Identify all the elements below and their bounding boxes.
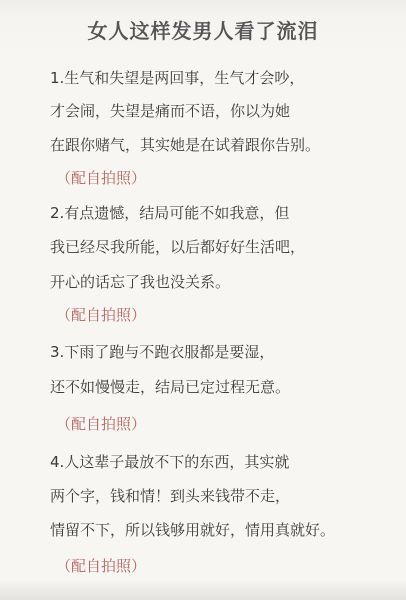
- page-title: 女人这样发男人看了流泪: [0, 18, 406, 44]
- section-4-caption: （配自拍照）: [56, 556, 146, 576]
- document-page: 女人这样发男人看了流泪 1.生气和失望是两回事，生气才会吵， 才会闹，失望是痛而…: [0, 0, 406, 600]
- section-1-line-1: 1.生气和失望是两回事，生气才会吵，: [50, 68, 304, 88]
- section-4-line-2: 两个字，钱和情！到头来钱带不走，: [50, 486, 290, 506]
- section-1-line-3: 在跟你赌气，其实她是在试着跟你告别。: [50, 135, 320, 155]
- section-2-line-3: 开心的话忘了我也没关系。: [50, 272, 230, 292]
- section-4-line-1: 4.人这辈子最放不下的东西，其实就: [50, 452, 289, 472]
- section-2-line-1: 2.有点遗憾，结局可能不如我意，但: [50, 203, 289, 223]
- section-3-line-2: 还不如慢慢走，结局已定过程无意。: [50, 377, 290, 397]
- section-2-caption: （配自拍照）: [56, 305, 146, 325]
- section-4-line-3: 情留不下，所以钱够用就好，情用真就好。: [50, 520, 335, 540]
- section-1-line-2: 才会闹，失望是痛而不语，你以为她: [50, 101, 290, 121]
- section-1-caption: （配自拍照）: [56, 168, 146, 188]
- section-2-line-2: 我已经尽我所能，以后都好好生活吧，: [50, 237, 305, 257]
- section-3-caption: （配自拍照）: [56, 414, 146, 434]
- section-3-line-1: 3.下雨了跑与不跑衣服都是要湿，: [50, 342, 274, 362]
